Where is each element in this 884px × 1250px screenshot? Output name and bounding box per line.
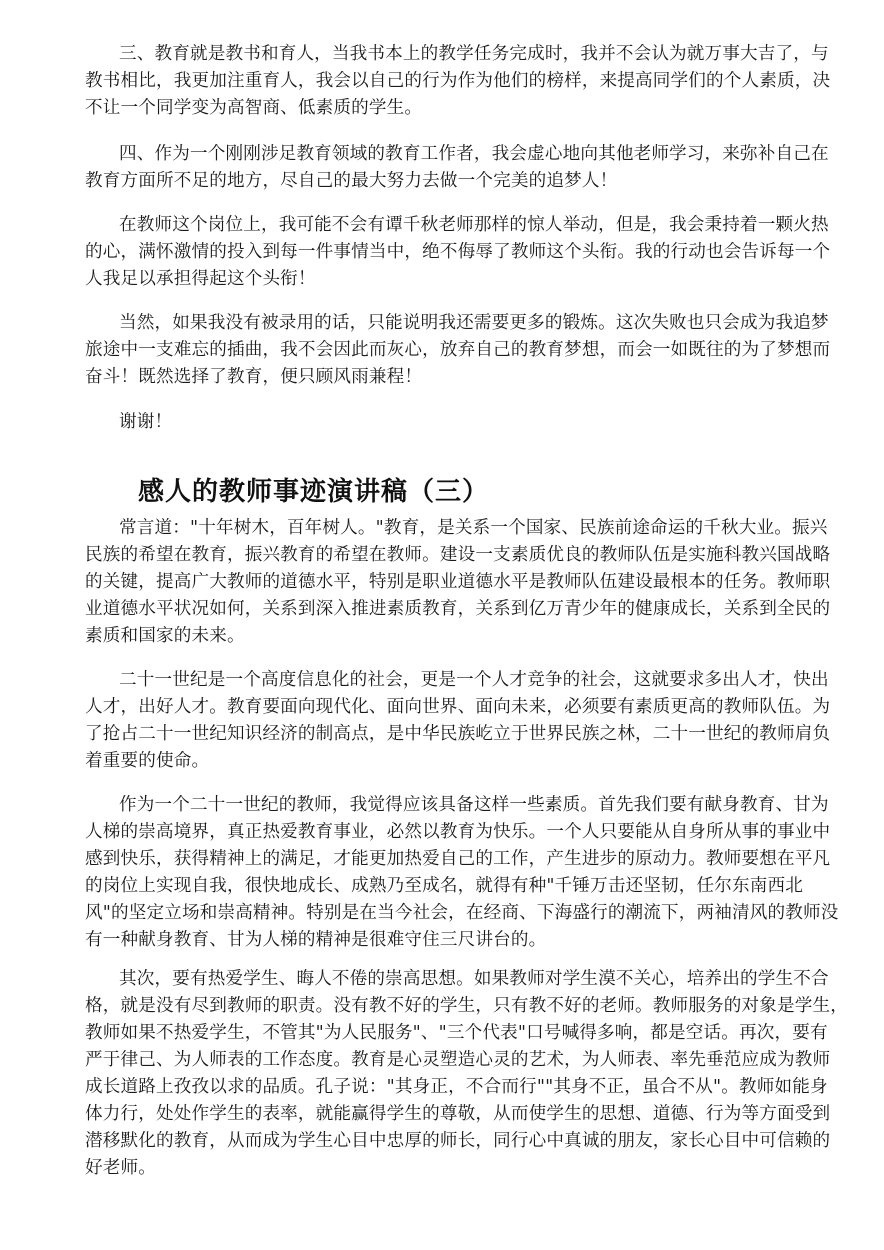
text-line: 四、作为一个刚刚涉足教育领域的教育工作者，我会虚心地向其他老师学习，来弥补自己在 <box>85 141 835 168</box>
text-line: 教书相比，我更加注重育人，我会以自己的行为作为他们的榜样，来提高同学们的个人素质… <box>85 68 835 95</box>
text-line: 人才，出好人才。教育要面向现代化、面向世界、面向未来，必须要有素质更高的教师队伍… <box>85 694 835 721</box>
paragraph-love-students: 其次，要有热爱学生、晦人不倦的崇高思想。如果教师对学生漠不关心，培养出的学生不合… <box>85 966 835 1182</box>
text-line: 奋斗！既然选择了教育，便只顾风雨兼程！ <box>85 364 835 391</box>
text-line: 业道德水平状况如何，关系到深入推进素质教育，关系到亿万青少年的健康成长，关系到全… <box>85 596 835 623</box>
text-line: 常言道："十年树木，百年树人。"教育，是关系一个国家、民族前途命运的千秋大业。振… <box>85 515 835 542</box>
text-line: 风"的坚定立场和崇高精神。特别是在当今社会，在经商、下海盛行的潮流下，两袖清风的… <box>85 900 835 927</box>
text-line: 在教师这个岗位上，我可能不会有谭千秋老师那样的惊人举动，但是，我会秉持着一颗火热 <box>85 212 835 239</box>
paragraph-qualities: 作为一个二十一世纪的教师，我觉得应该具备这样一些素质。首先我们要有献身教育、甘为… <box>85 792 835 954</box>
paragraph-point-four: 四、作为一个刚刚涉足教育领域的教育工作者，我会虚心地向其他老师学习，来弥补自己在… <box>85 141 835 195</box>
text-line: 人梯的崇高境界，真正热爱教育事业，必然以教育为快乐。一个人只要能从自身所从事的事… <box>85 819 835 846</box>
paragraph-commitment: 在教师这个岗位上，我可能不会有谭千秋老师那样的惊人举动，但是，我会秉持着一颗火热… <box>85 212 835 293</box>
text-line: 的岗位上实现自我，很快地成长、成熟乃至成名，就得有种"千锤万击还坚韧，任尔东南西… <box>85 873 835 900</box>
text-line: 素质和国家的未来。 <box>85 623 835 650</box>
text-line: 二十一世纪是一个高度信息化的社会，更是一个人才竞争的社会，这就要求多出人才，快出 <box>85 667 835 694</box>
text-line: 旅途中一支难忘的插曲，我不会因此而灰心，放弃自己的教育梦想，而会一如既往的为了梦… <box>85 337 835 364</box>
text-line: 其次，要有热爱学生、晦人不倦的崇高思想。如果教师对学生漠不关心，培养出的学生不合 <box>85 966 835 993</box>
text-line: 不让一个同学变为高智商、低素质的学生。 <box>85 95 835 122</box>
paragraph-thanks: 谢谢！ <box>85 409 835 436</box>
text-line: 着重要的使命。 <box>85 748 835 775</box>
text-line: 潜移默化的教育，从而成为学生心目中忠厚的师长，同行心中真诚的朋友，家长心目中可信… <box>85 1128 835 1155</box>
text-line: 教育方面所不足的地方，尽自己的最大努力去做一个完美的追梦人！ <box>85 168 835 195</box>
paragraph-point-three: 三、教育就是教书和育人，当我书本上的教学任务完成时，我并不会认为就万事大吉了，与… <box>85 41 835 122</box>
text-line: 体力行，处处作学生的表率，就能赢得学生的尊敬，从而使学生的思想、道德、行为等方面… <box>85 1101 835 1128</box>
paragraph-if-not-hired: 当然，如果我没有被录用的话，只能说明我还需要更多的锻炼。这次失败也只会成为我追梦… <box>85 310 835 391</box>
text-line: 的关键，提高广大教师的道德水平，特别是职业道德水平是教师队伍建设最根本的任务。教… <box>85 569 835 596</box>
text-line: 格，就是没有尽到教师的职责。没有教不好的学生，只有教不好的老师。教师服务的对象是… <box>85 993 835 1020</box>
text-line: 谢谢！ <box>85 409 835 436</box>
text-line: 教师如果不热爱学生，不管其"为人民服务"、"三个代表"口号喊得多响，都是空话。再… <box>85 1020 835 1047</box>
text-line: 三、教育就是教书和育人，当我书本上的教学任务完成时，我并不会认为就万事大吉了，与 <box>85 41 835 68</box>
text-line: 民族的希望在教育，振兴教育的希望在教师。建设一支素质优良的教师队伍是实施科教兴国… <box>85 542 835 569</box>
text-line: 了抢占二十一世纪知识经济的制高点，是中华民族屹立于世界民族之林，二十一世纪的教师… <box>85 721 835 748</box>
section-title: 感人的教师事迹演讲稿（三） <box>138 474 489 510</box>
text-line: 成长道路上孜孜以求的品质。孔子说："其身正，不合而行""其身不正，虽合不从"。教… <box>85 1074 835 1101</box>
text-line: 有一种献身教育、甘为人梯的精神是很难守住三尺讲台的。 <box>85 927 835 954</box>
paragraph-proverb: 常言道："十年树木，百年树人。"教育，是关系一个国家、民族前途命运的千秋大业。振… <box>85 515 835 650</box>
text-line: 好老师。 <box>85 1155 835 1182</box>
paragraph-21st-century: 二十一世纪是一个高度信息化的社会，更是一个人才竞争的社会，这就要求多出人才，快出… <box>85 667 835 775</box>
text-line: 的心，满怀激情的投入到每一件事情当中，绝不侮辱了教师这个头衔。我的行动也会告诉每… <box>85 239 835 266</box>
text-line: 严于律己、为人师表的工作态度。教育是心灵塑造心灵的艺术，为人师表、率先垂范应成为… <box>85 1047 835 1074</box>
text-line: 感到快乐，获得精神上的满足，才能更加热爱自己的工作，产生进步的原动力。教师要想在… <box>85 846 835 873</box>
document-page: 三、教育就是教书和育人，当我书本上的教学任务完成时，我并不会认为就万事大吉了，与… <box>0 0 884 1250</box>
text-line: 人我足以承担得起这个头衔！ <box>85 266 835 293</box>
text-line: 作为一个二十一世纪的教师，我觉得应该具备这样一些素质。首先我们要有献身教育、甘为 <box>85 792 835 819</box>
text-line: 当然，如果我没有被录用的话，只能说明我还需要更多的锻炼。这次失败也只会成为我追梦 <box>85 310 835 337</box>
